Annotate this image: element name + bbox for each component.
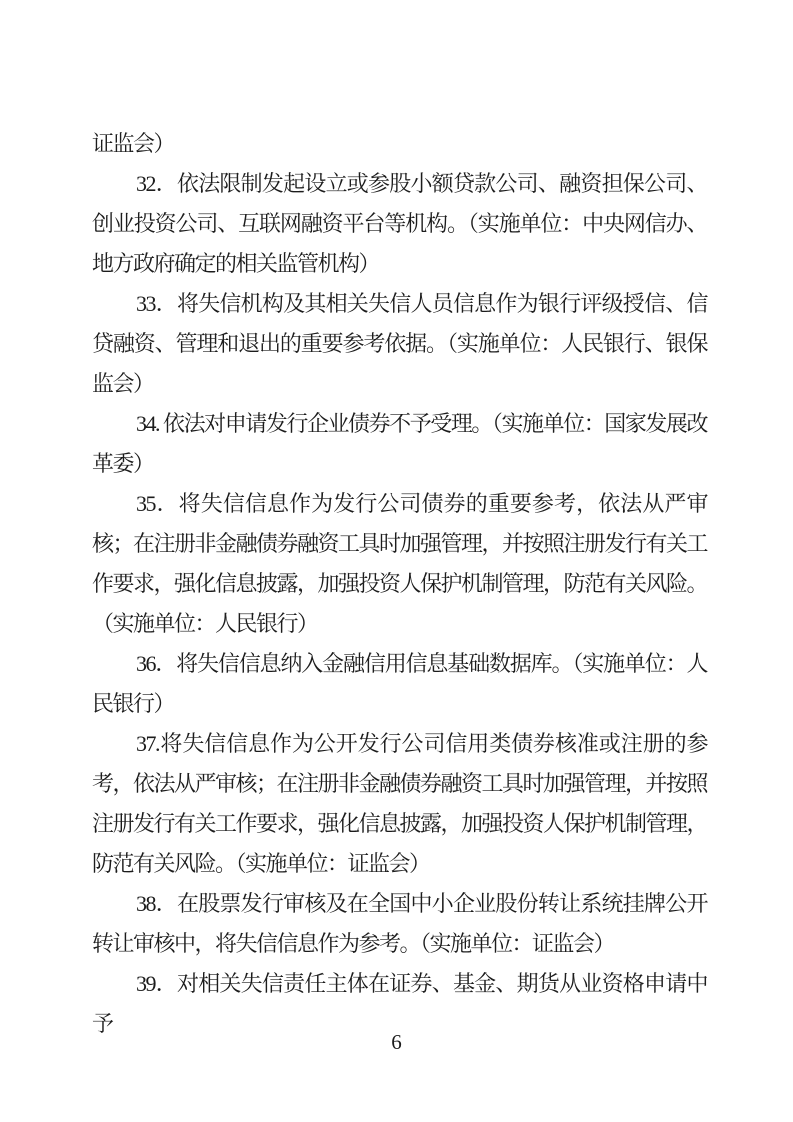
- paragraph-item-37: 37.将失信信息作为公开发行公司信用类债券核准或注册的参考，依法从严审核；在注册…: [92, 724, 707, 884]
- paragraph-item-38: 38．在股票发行审核及在全国中小企业股份转让系统挂牌公开转让审核中，将失信信息作…: [92, 884, 707, 964]
- paragraph-item-32: 32．依法限制发起设立或参股小额贷款公司、融资担保公司、创业投资公司、互联网融资…: [92, 164, 707, 284]
- paragraph-item-36: 36．将失信信息纳入金融信用信息基础数据库。（实施单位：人民银行）: [92, 644, 707, 724]
- document-page: 证监会） 32．依法限制发起设立或参股小额贷款公司、融资担保公司、创业投资公司、…: [0, 0, 793, 1122]
- page-number: 6: [391, 1030, 402, 1054]
- paragraph-continuation: 证监会）: [92, 124, 707, 164]
- paragraph-item-33: 33．将失信机构及其相关失信人员信息作为银行评级授信、信贷融资、管理和退出的重要…: [92, 284, 707, 404]
- paragraph-item-34: 34. 依法对申请发行企业债券不予受理。（实施单位：国家发展改革委）: [92, 404, 707, 484]
- paragraph-item-35: 35．将失信信息作为发行公司债券的重要参考，依法从严审核；在注册非金融债券融资工…: [92, 484, 707, 644]
- document-text-block: 证监会） 32．依法限制发起设立或参股小额贷款公司、融资担保公司、创业投资公司、…: [92, 124, 707, 1044]
- page-footer: 6: [0, 1030, 793, 1055]
